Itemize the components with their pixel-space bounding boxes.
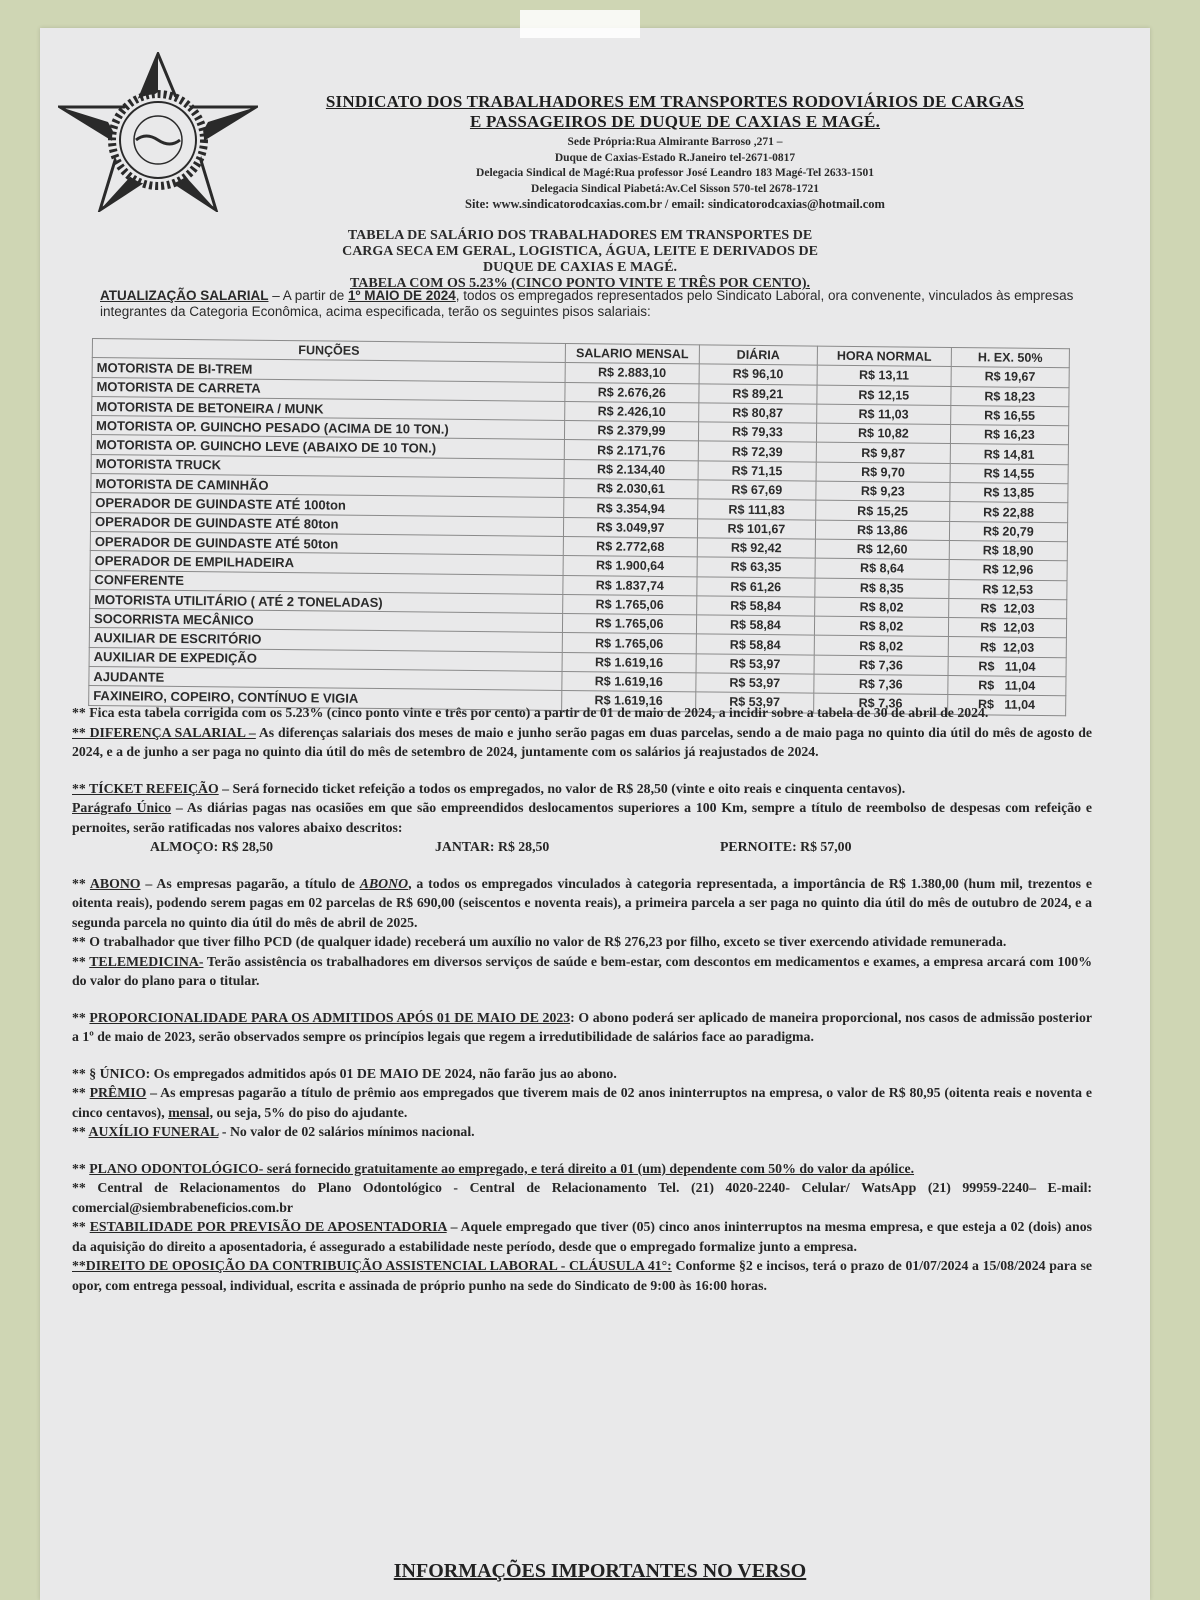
salary-value: R$ 53,97	[696, 673, 814, 694]
clause-label: ** DIFERENÇA SALARIAL –	[72, 725, 256, 740]
salary-value: R$ 58,84	[696, 615, 814, 636]
clause-label: ESTABILIDADE POR PREVISÃO DE APOSENTADOR…	[90, 1219, 447, 1234]
title-line: CARGA SECA EM GERAL, LOGISTICA, ÁGUA, LE…	[270, 244, 890, 260]
salary-value: R$ 53,97	[696, 654, 814, 675]
column-header: DIÁRIA	[699, 345, 817, 366]
clause-prefix: **	[72, 1124, 89, 1139]
salary-value: R$ 2.030,61	[564, 479, 698, 500]
salary-value: R$ 14,55	[950, 463, 1068, 484]
lunch-value: ALMOÇO: R$ 28,50	[150, 837, 435, 857]
salary-value: R$ 67,69	[698, 480, 816, 501]
dental-contact-clause: ** Central de Relacionamentos do Plano O…	[72, 1178, 1092, 1217]
column-header: SALARIO MENSAL	[565, 343, 699, 364]
email-link[interactable]: sindicatorodcaxias@hotmail.com	[708, 197, 885, 211]
funeral-aid-clause: ** AUXÍLIO FUNERAL - No valor de 02 salá…	[72, 1122, 1092, 1142]
salary-value: R$ 61,26	[697, 576, 815, 597]
salary-value: R$ 71,15	[698, 461, 816, 482]
salary-value: R$ 12,53	[949, 579, 1067, 600]
salary-value: R$ 12,03	[948, 618, 1066, 639]
salary-value: R$ 9,70	[816, 462, 950, 483]
clause-prefix: **	[72, 876, 90, 891]
salary-value: R$ 14,81	[950, 444, 1068, 465]
salary-value: R$ 2.883,10	[565, 363, 699, 384]
address-line: Delegacia Sindical Piabetá:Av.Cel Sisson…	[290, 182, 1060, 198]
salary-value: R$ 8,02	[814, 616, 948, 637]
salary-value: R$ 2.379,99	[565, 421, 699, 442]
salary-value: R$ 8,35	[815, 578, 949, 599]
clause-text: Terão assistência os trabalhadores em di…	[72, 954, 1092, 989]
adhesive-tape	[520, 10, 640, 38]
clauses-section: ** Fica esta tabela corrigida com os 5.2…	[72, 703, 1092, 1295]
salary-value: R$ 2.676,26	[565, 382, 699, 403]
salary-value: R$ 9,23	[816, 481, 950, 502]
pcd-clause: ** O trabalhador que tiver filho PCD (de…	[72, 932, 1092, 952]
salary-value: R$ 80,87	[698, 403, 816, 424]
clause-emphasis: ABONO	[360, 876, 408, 891]
salary-value: R$ 16,23	[950, 425, 1068, 446]
union-star-emblem-icon	[58, 52, 258, 212]
retirement-stability-clause: ** ESTABILIDADE POR PREVISÃO DE APOSENTA…	[72, 1217, 1092, 1256]
dinner-value: JANTAR: R$ 28,50	[435, 837, 720, 857]
salary-value: R$ 11,04	[948, 676, 1066, 697]
salary-value: R$ 22,88	[949, 502, 1067, 523]
dental-plan-clause: ** PLANO ODONTOLÓGICO- será fornecido gr…	[72, 1159, 1092, 1179]
salary-value: R$ 8,02	[814, 636, 948, 657]
salary-value: R$ 12,60	[815, 539, 949, 560]
salary-value: R$ 1.765,06	[562, 633, 696, 654]
address-line: Sede Própria:Rua Almirante Barroso ,271 …	[290, 135, 1060, 151]
salary-value: R$ 7,36	[814, 674, 948, 695]
salary-value: R$ 13,86	[815, 520, 949, 541]
title-line: TABELA DE SALÁRIO DOS TRABALHADORES EM T…	[270, 228, 890, 244]
site-label: Site:	[465, 197, 489, 211]
clause-prefix: **	[72, 1161, 89, 1176]
intro-date: 1º MAIO DE 2024	[348, 288, 456, 303]
clause-prefix: **	[72, 1085, 90, 1100]
proportionality-clause: ** PROPORCIONALIDADE PARA OS ADMITIDOS A…	[72, 1008, 1092, 1047]
salary-value: R$ 58,84	[696, 596, 814, 617]
org-name-line2: E PASSAGEIROS DE DUQUE DE CAXIAS E MAGÉ.	[290, 112, 1060, 132]
salary-value: R$ 13,11	[817, 365, 951, 386]
clause-label: TELEMEDICINA-	[89, 954, 203, 969]
salary-value: R$ 111,83	[697, 499, 815, 520]
union-header: SINDICATO DOS TRABALHADORES EM TRANSPORT…	[290, 92, 1060, 213]
sole-section-clause: ** § ÚNICO: Os empregados admitidos após…	[72, 1064, 1092, 1084]
salary-value: R$ 10,82	[816, 423, 950, 444]
salary-value: R$ 3.049,97	[564, 517, 698, 538]
opposition-right-clause: **DIREITO DE OPOSIÇÃO DA CONTRIBUIÇÃO AS…	[72, 1256, 1092, 1295]
salary-value: R$ 2.772,68	[563, 536, 697, 557]
salary-value: R$ 20,79	[949, 521, 1067, 542]
salary-value: R$ 1.765,06	[563, 594, 697, 615]
overnight-value: PERNOITE: R$ 57,00	[720, 837, 1005, 857]
salary-value: R$ 1.837,74	[563, 575, 697, 596]
site-link[interactable]: www.sindicatorodcaxias.com.br	[492, 197, 661, 211]
clause-label: PRÊMIO	[90, 1085, 147, 1100]
salary-table: FUNÇÕESSALARIO MENSALDIÁRIAHORA NORMALH.…	[88, 338, 1070, 716]
meal-values: ALMOÇO: R$ 28,50 JANTAR: R$ 28,50 PERNOI…	[72, 837, 1092, 857]
clause-label: PLANO ODONTOLÓGICO- será fornecido gratu…	[89, 1161, 914, 1176]
bonus-clause: ** ABONO – As empresas pagarão, a título…	[72, 874, 1092, 933]
salary-value: R$ 11,04	[948, 656, 1066, 677]
clause-text: ou seja, 5% do piso do ajudante.	[213, 1105, 407, 1120]
column-header: HORA NORMAL	[817, 346, 951, 367]
salary-value: R$ 11,03	[817, 404, 951, 425]
salary-value: R$ 3.354,94	[564, 498, 698, 519]
salary-value: R$ 89,21	[699, 383, 817, 404]
salary-value: R$ 58,84	[696, 634, 814, 655]
meal-ticket-clause: ** TÍCKET REFEIÇÃO – Será fornecido tick…	[72, 779, 1092, 799]
salary-value: R$ 2.171,76	[564, 440, 698, 461]
clause-text: – As empresas pagarão, a título de	[141, 876, 360, 891]
salary-value: R$ 12,03	[948, 598, 1066, 619]
intro-label: ATUALIZAÇÃO SALARIAL	[100, 288, 268, 303]
clause-label: Parágrafo Único	[72, 800, 171, 815]
clause-label: **DIREITO DE OPOSIÇÃO DA CONTRIBUIÇÃO AS…	[72, 1258, 672, 1273]
salary-value: R$ 1.765,06	[563, 614, 697, 635]
telemedicine-clause: ** TELEMEDICINA- Terão assistência os tr…	[72, 952, 1092, 991]
salary-update-intro: ATUALIZAÇÃO SALARIAL – A partir de 1º MA…	[100, 288, 1080, 320]
salary-value: R$ 12,03	[948, 637, 1066, 658]
salary-value: R$ 7,36	[814, 655, 948, 676]
salary-value: R$ 1.619,16	[562, 652, 696, 673]
salary-value: R$ 72,39	[698, 441, 816, 462]
sole-paragraph-clause: Parágrafo Único – As diárias pagas nas o…	[72, 798, 1092, 837]
salary-value: R$ 1.900,64	[563, 556, 697, 577]
clause-label: ABONO	[90, 876, 141, 891]
salary-value: R$ 9,87	[816, 443, 950, 464]
clause-prefix: **	[72, 1010, 89, 1025]
clause-emphasis: mensal,	[168, 1105, 213, 1120]
clause-text: – Será fornecido ticket refeição a todos…	[219, 781, 905, 796]
intro-text: – A partir de	[268, 288, 348, 303]
clause-prefix: **	[72, 954, 89, 969]
salary-value: R$ 101,67	[697, 519, 815, 540]
salary-value: R$ 2.134,40	[564, 459, 698, 480]
clause-label: PROPORCIONALIDADE PARA OS ADMITIDOS APÓS…	[89, 1010, 570, 1025]
salary-value: R$ 1.619,16	[562, 671, 696, 692]
salary-value: R$ 12,15	[817, 385, 951, 406]
org-name-line1: SINDICATO DOS TRABALHADORES EM TRANSPORT…	[290, 92, 1060, 112]
clause-label: AUXÍLIO FUNERAL	[89, 1124, 219, 1139]
email-label: / email:	[665, 197, 705, 211]
salary-value: R$ 19,67	[951, 367, 1069, 388]
column-header: H. EX. 50%	[951, 347, 1069, 368]
salary-difference-clause: ** DIFERENÇA SALARIAL – As diferenças sa…	[72, 723, 1092, 762]
salary-value: R$ 12,96	[949, 560, 1067, 581]
award-clause: ** PRÊMIO – As empresas pagarão a título…	[72, 1083, 1092, 1122]
salary-value: R$ 13,85	[950, 483, 1068, 504]
salary-value: R$ 92,42	[697, 538, 815, 559]
salary-value: R$ 2.426,10	[565, 401, 699, 422]
salary-value: R$ 18,23	[951, 386, 1069, 407]
clause-prefix: **	[72, 1219, 90, 1234]
salary-value: R$ 8,64	[815, 558, 949, 579]
salary-value: R$ 63,35	[697, 557, 815, 578]
salary-value: R$ 96,10	[699, 364, 817, 385]
address-line: Duque de Caxias-Estado R.Janeiro tel-267…	[290, 151, 1060, 167]
clause-text: - No valor de 02 salários mínimos nacion…	[218, 1124, 474, 1139]
salary-value: R$ 18,90	[949, 540, 1067, 561]
clause-label: ** TÍCKET REFEIÇÃO	[72, 781, 219, 796]
salary-value: R$ 79,33	[698, 422, 816, 443]
table-title: TABELA DE SALÁRIO DOS TRABALHADORES EM T…	[270, 228, 890, 292]
salary-value: R$ 15,25	[816, 500, 950, 521]
salary-value: R$ 8,02	[815, 597, 949, 618]
footer-notice: INFORMAÇÕES IMPORTANTES NO VERSO	[0, 1560, 1200, 1583]
title-line: DUQUE DE CAXIAS E MAGÉ.	[270, 260, 890, 276]
contact-line: Site: www.sindicatorodcaxias.com.br / em…	[290, 197, 1060, 213]
correction-note: ** Fica esta tabela corrigida com os 5.2…	[72, 703, 1092, 723]
salary-value: R$ 16,55	[950, 405, 1068, 426]
clause-text: – As diárias pagas nas ocasiões em que s…	[72, 800, 1092, 835]
address-line: Delegacia Sindical de Magé:Rua professor…	[290, 166, 1060, 182]
